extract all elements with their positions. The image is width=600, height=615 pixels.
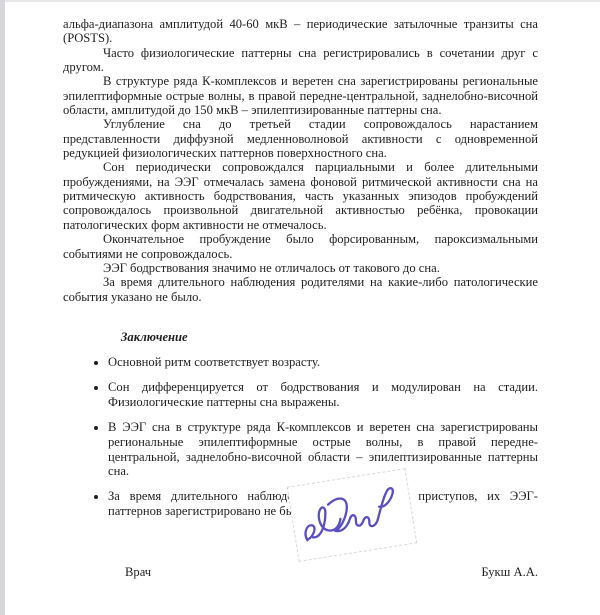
- body-paragraph: ЭЭГ бодрствования значимо не отличалось …: [63, 261, 538, 275]
- conclusion-heading: Заключение: [121, 330, 538, 344]
- body-paragraph: Углубление сна до третьей стадии сопрово…: [63, 117, 538, 160]
- body-paragraph: Сон периодически сопровождался парциальн…: [63, 160, 538, 232]
- document-page: альфа-диапазона амплитудой 40-60 мкВ – п…: [0, 0, 600, 615]
- conclusion-item: Сон дифференцируется от бодрствования и …: [108, 380, 538, 410]
- body-paragraph: альфа-диапазона амплитудой 40-60 мкВ – п…: [63, 17, 538, 46]
- doctor-label: Врач: [125, 565, 151, 579]
- conclusion-item: В ЭЭГ сна в структуре ряда К-комплексов …: [108, 420, 538, 479]
- doctor-name: Букш А.А.: [481, 565, 538, 579]
- body-paragraph: За время длительного наблюдения родителя…: [63, 275, 538, 304]
- signature-icon: [296, 479, 407, 551]
- page-edge-left: [0, 0, 5, 615]
- body-paragraph: Окончательное пробуждение было форсирова…: [63, 232, 538, 261]
- body-paragraph: Часто физиологические паттерны сна регис…: [63, 46, 538, 75]
- conclusion-item: Основной ритм соответствует возрасту.: [108, 355, 538, 370]
- page-edge-top: [5, 0, 600, 2]
- body-paragraph: В структуре ряда К-комплексов и веретен …: [63, 74, 538, 117]
- signature-row: Врач Букш А.А.: [63, 565, 538, 579]
